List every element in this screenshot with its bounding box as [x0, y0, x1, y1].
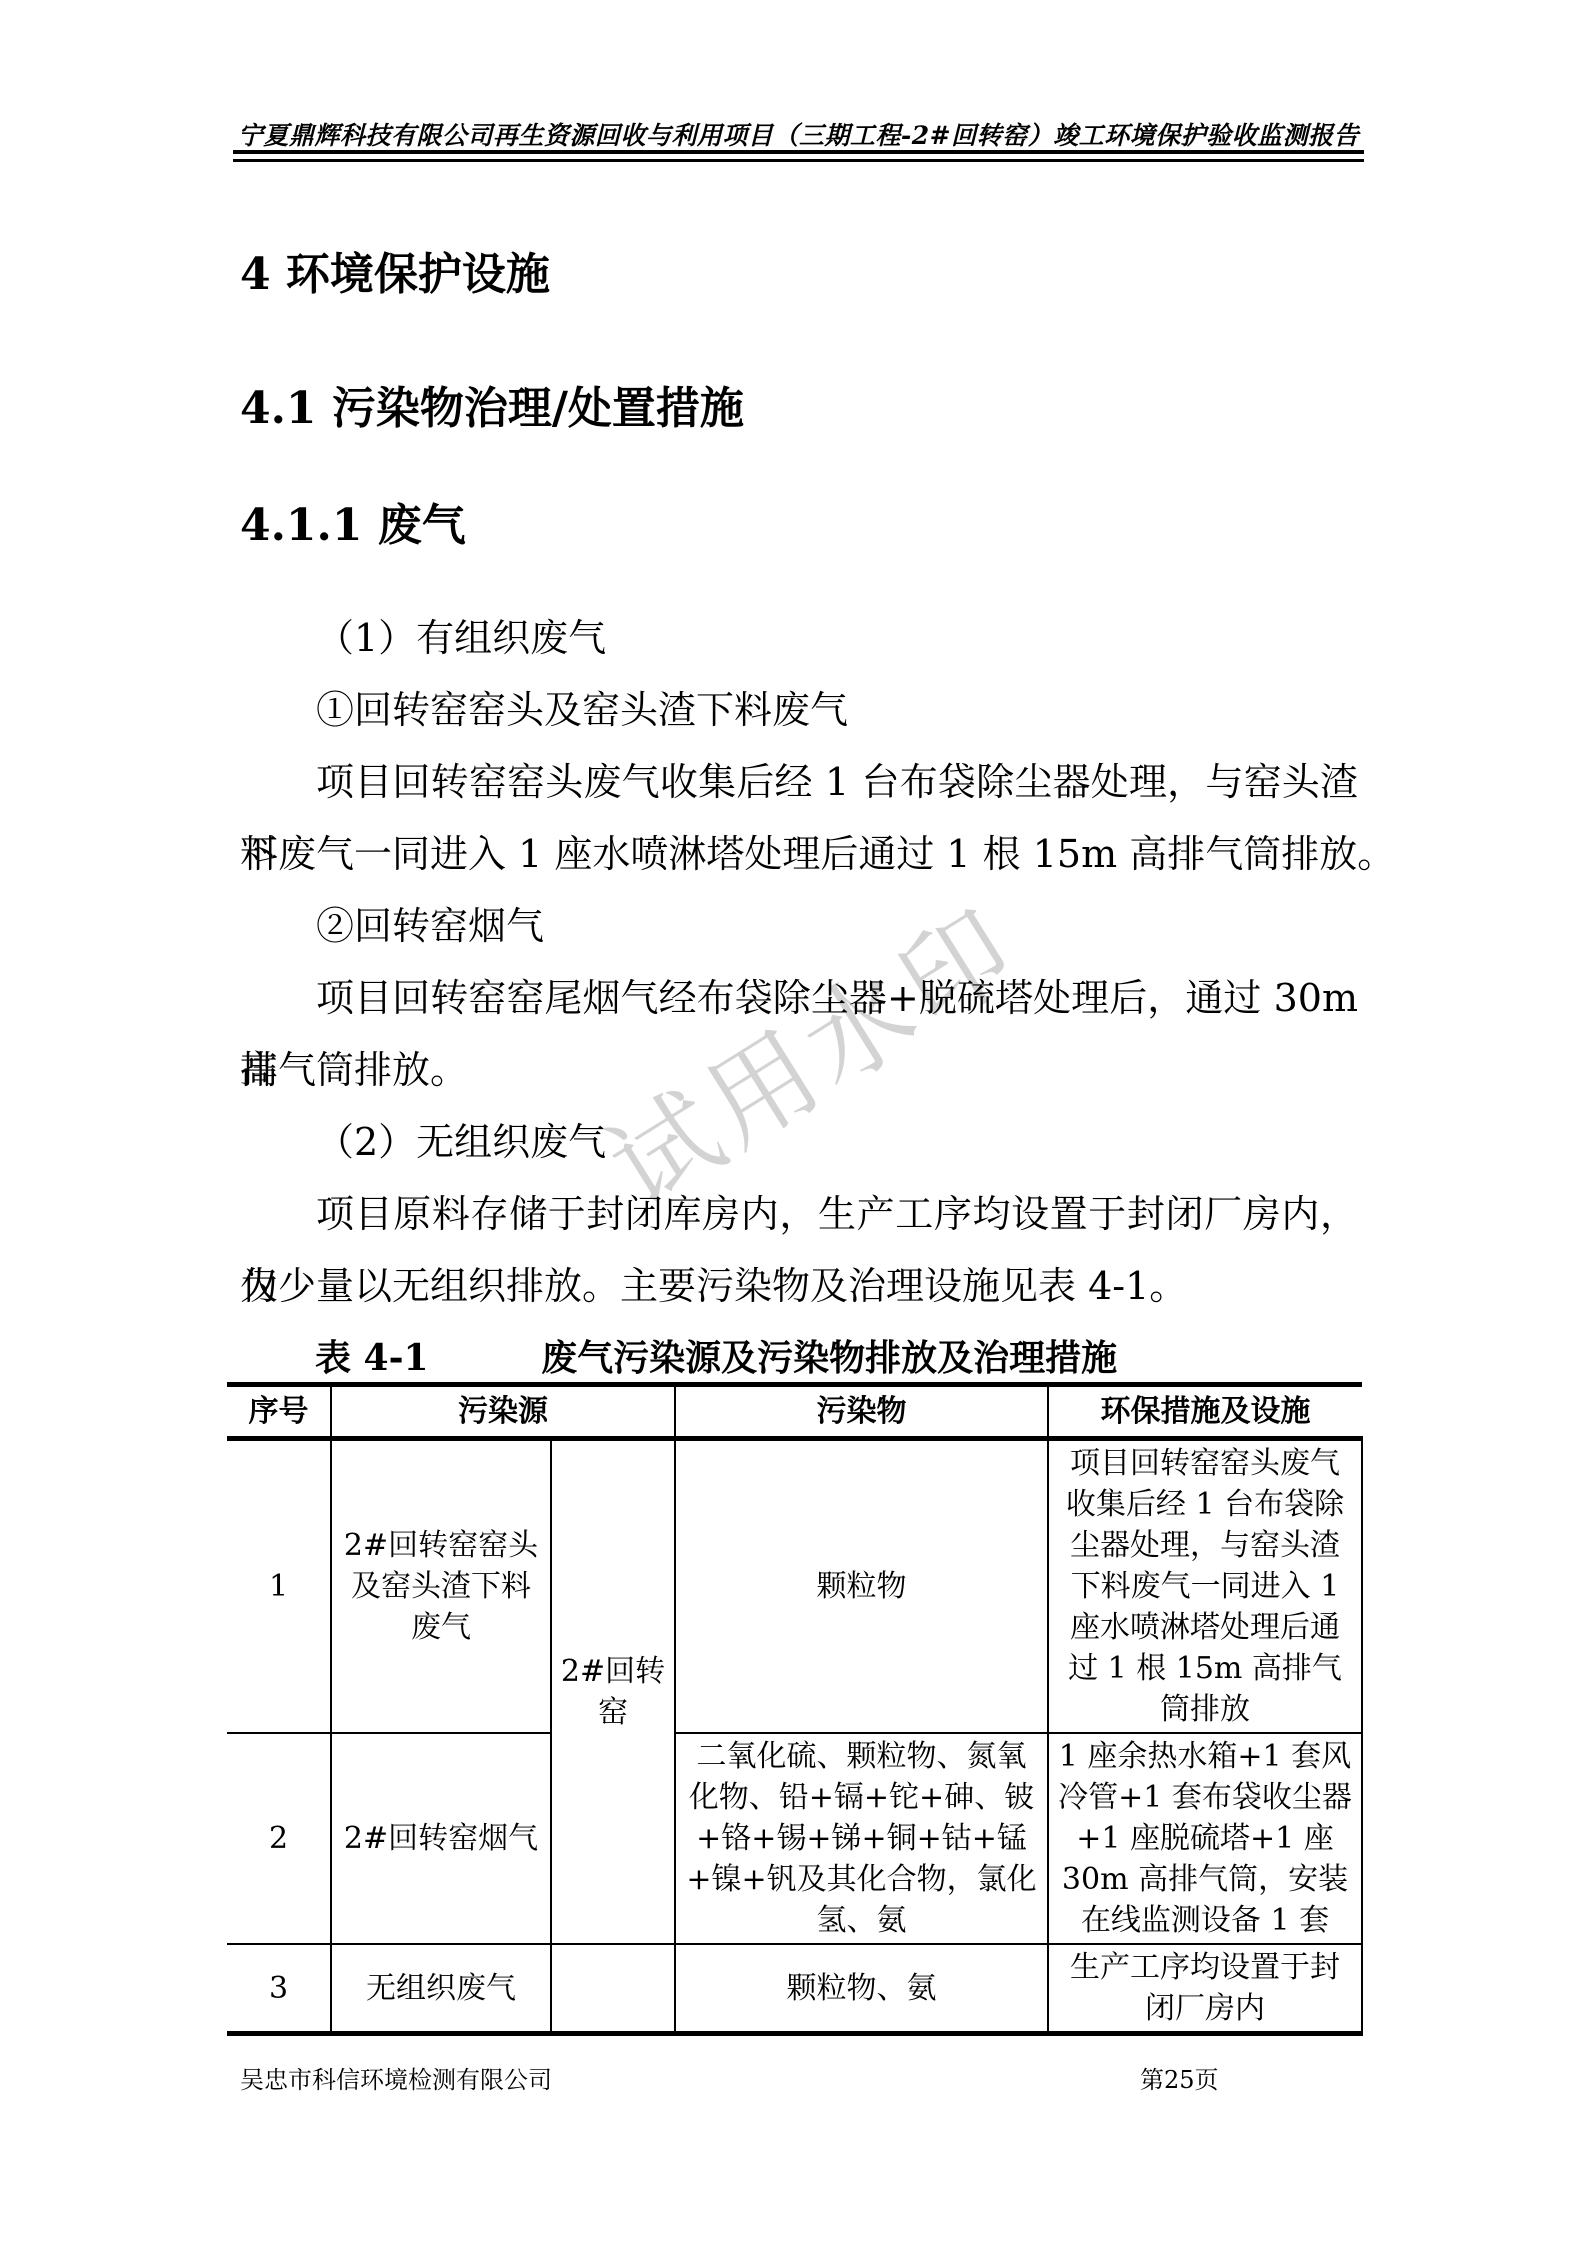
- cell-source-group-empty: [551, 1944, 675, 2034]
- cell-pollutant: 二氧化硫、颗粒物、氮氧化物、铅+镉+铊+砷、铍+铬+锡+锑+铜+钴+锰+镍+钒及…: [675, 1733, 1048, 1944]
- body-text: （1）有组织废气 ①回转窑窑头及窑头渣下料废气 项目回转窑窑头废气收集后经 1 …: [240, 602, 1358, 1322]
- table-caption-title: 废气污染源及污染物排放及治理措施: [541, 1337, 1117, 1379]
- paragraph-line: （2）无组织废气: [240, 1106, 1358, 1178]
- col-header-measures: 环保措施及设施: [1048, 1385, 1362, 1439]
- cell-pollutant: 颗粒物、氨: [675, 1944, 1048, 2034]
- paragraph-line: ②回转窑烟气: [240, 890, 1358, 962]
- paragraph-line: 项目原料存储于封闭库房内，生产工序均设置于封闭厂房内，仅: [240, 1178, 1358, 1250]
- paragraph-line: 项目回转窑窑尾烟气经布袋除尘器+脱硫塔处理后，通过 30m 高: [240, 962, 1358, 1034]
- table-caption-label: 表 4-1: [315, 1337, 429, 1379]
- cell-no: 3: [227, 1944, 331, 2034]
- page: 试用水印 宁夏鼎辉科技有限公司再生资源回收与利用项目（三期工程-2#回转窑）竣工…: [0, 0, 1587, 2245]
- paragraph-line: 项目回转窑窑头废气收集后经 1 台布袋除尘器处理，与窑头渣下: [240, 746, 1358, 818]
- paragraph-line: 料废气一同进入 1 座水喷淋塔处理后通过 1 根 15m 高排气筒排放。: [240, 818, 1358, 890]
- heading-subsection: 4.1.1 废气: [240, 501, 466, 551]
- pollution-table: 序号 污染源 污染物 环保措施及设施 1 2#回转窑窑头及窑头渣下料废气 2#回…: [227, 1382, 1363, 2036]
- cell-source: 2#回转窑窑头及窑头渣下料废气: [331, 1439, 551, 1734]
- paragraph-line: 排气筒排放。: [240, 1034, 1358, 1106]
- table-row: 1 2#回转窑窑头及窑头渣下料废气 2#回转窑 颗粒物 项目回转窑窑头废气收集后…: [227, 1439, 1362, 1734]
- table-header-row: 序号 污染源 污染物 环保措施及设施: [227, 1385, 1362, 1439]
- paragraph-line: ①回转窑窑头及窑头渣下料废气: [240, 674, 1358, 746]
- paragraph-line: （1）有组织废气: [240, 602, 1358, 674]
- table-caption: 表 4-1 废气污染源及污染物排放及治理措施: [240, 1336, 1358, 1380]
- heading-section: 4.1 污染物治理/处置措施: [240, 384, 744, 434]
- footer-page-number: 第25页: [1140, 2060, 1219, 2095]
- paragraph-line: 为少量以无组织排放。主要污染物及治理设施见表 4-1。: [240, 1250, 1358, 1322]
- cell-source: 无组织废气: [331, 1944, 551, 2034]
- cell-measures: 生产工序均设置于封闭厂房内: [1048, 1944, 1362, 2034]
- heading-chapter: 4 环境保护设施: [240, 250, 550, 300]
- header-rule: [233, 150, 1364, 162]
- cell-no: 1: [227, 1439, 331, 1734]
- header-title: 宁夏鼎辉科技有限公司再生资源回收与利用项目（三期工程-2#回转窑）竣工环境保护验…: [233, 116, 1364, 152]
- col-header-no: 序号: [227, 1385, 331, 1439]
- col-header-source: 污染源: [331, 1385, 675, 1439]
- col-header-pollutant: 污染物: [675, 1385, 1048, 1439]
- cell-measures: 1 座余热水箱+1 套风冷管+1 套布袋收尘器+1 座脱硫塔+1 座 30m 高…: [1048, 1733, 1362, 1944]
- cell-pollutant: 颗粒物: [675, 1439, 1048, 1734]
- footer-company: 吴忠市科信环境检测有限公司: [240, 2060, 552, 2095]
- cell-source: 2#回转窑烟气: [331, 1733, 551, 1944]
- cell-no: 2: [227, 1733, 331, 1944]
- cell-measures: 项目回转窑窑头废气收集后经 1 台布袋除尘器处理，与窑头渣下料废气一同进入 1 …: [1048, 1439, 1362, 1734]
- table-row: 2 2#回转窑烟气 二氧化硫、颗粒物、氮氧化物、铅+镉+铊+砷、铍+铬+锡+锑+…: [227, 1733, 1362, 1944]
- table-row: 3 无组织废气 颗粒物、氨 生产工序均设置于封闭厂房内: [227, 1944, 1362, 2034]
- cell-source-group: 2#回转窑: [551, 1439, 675, 1945]
